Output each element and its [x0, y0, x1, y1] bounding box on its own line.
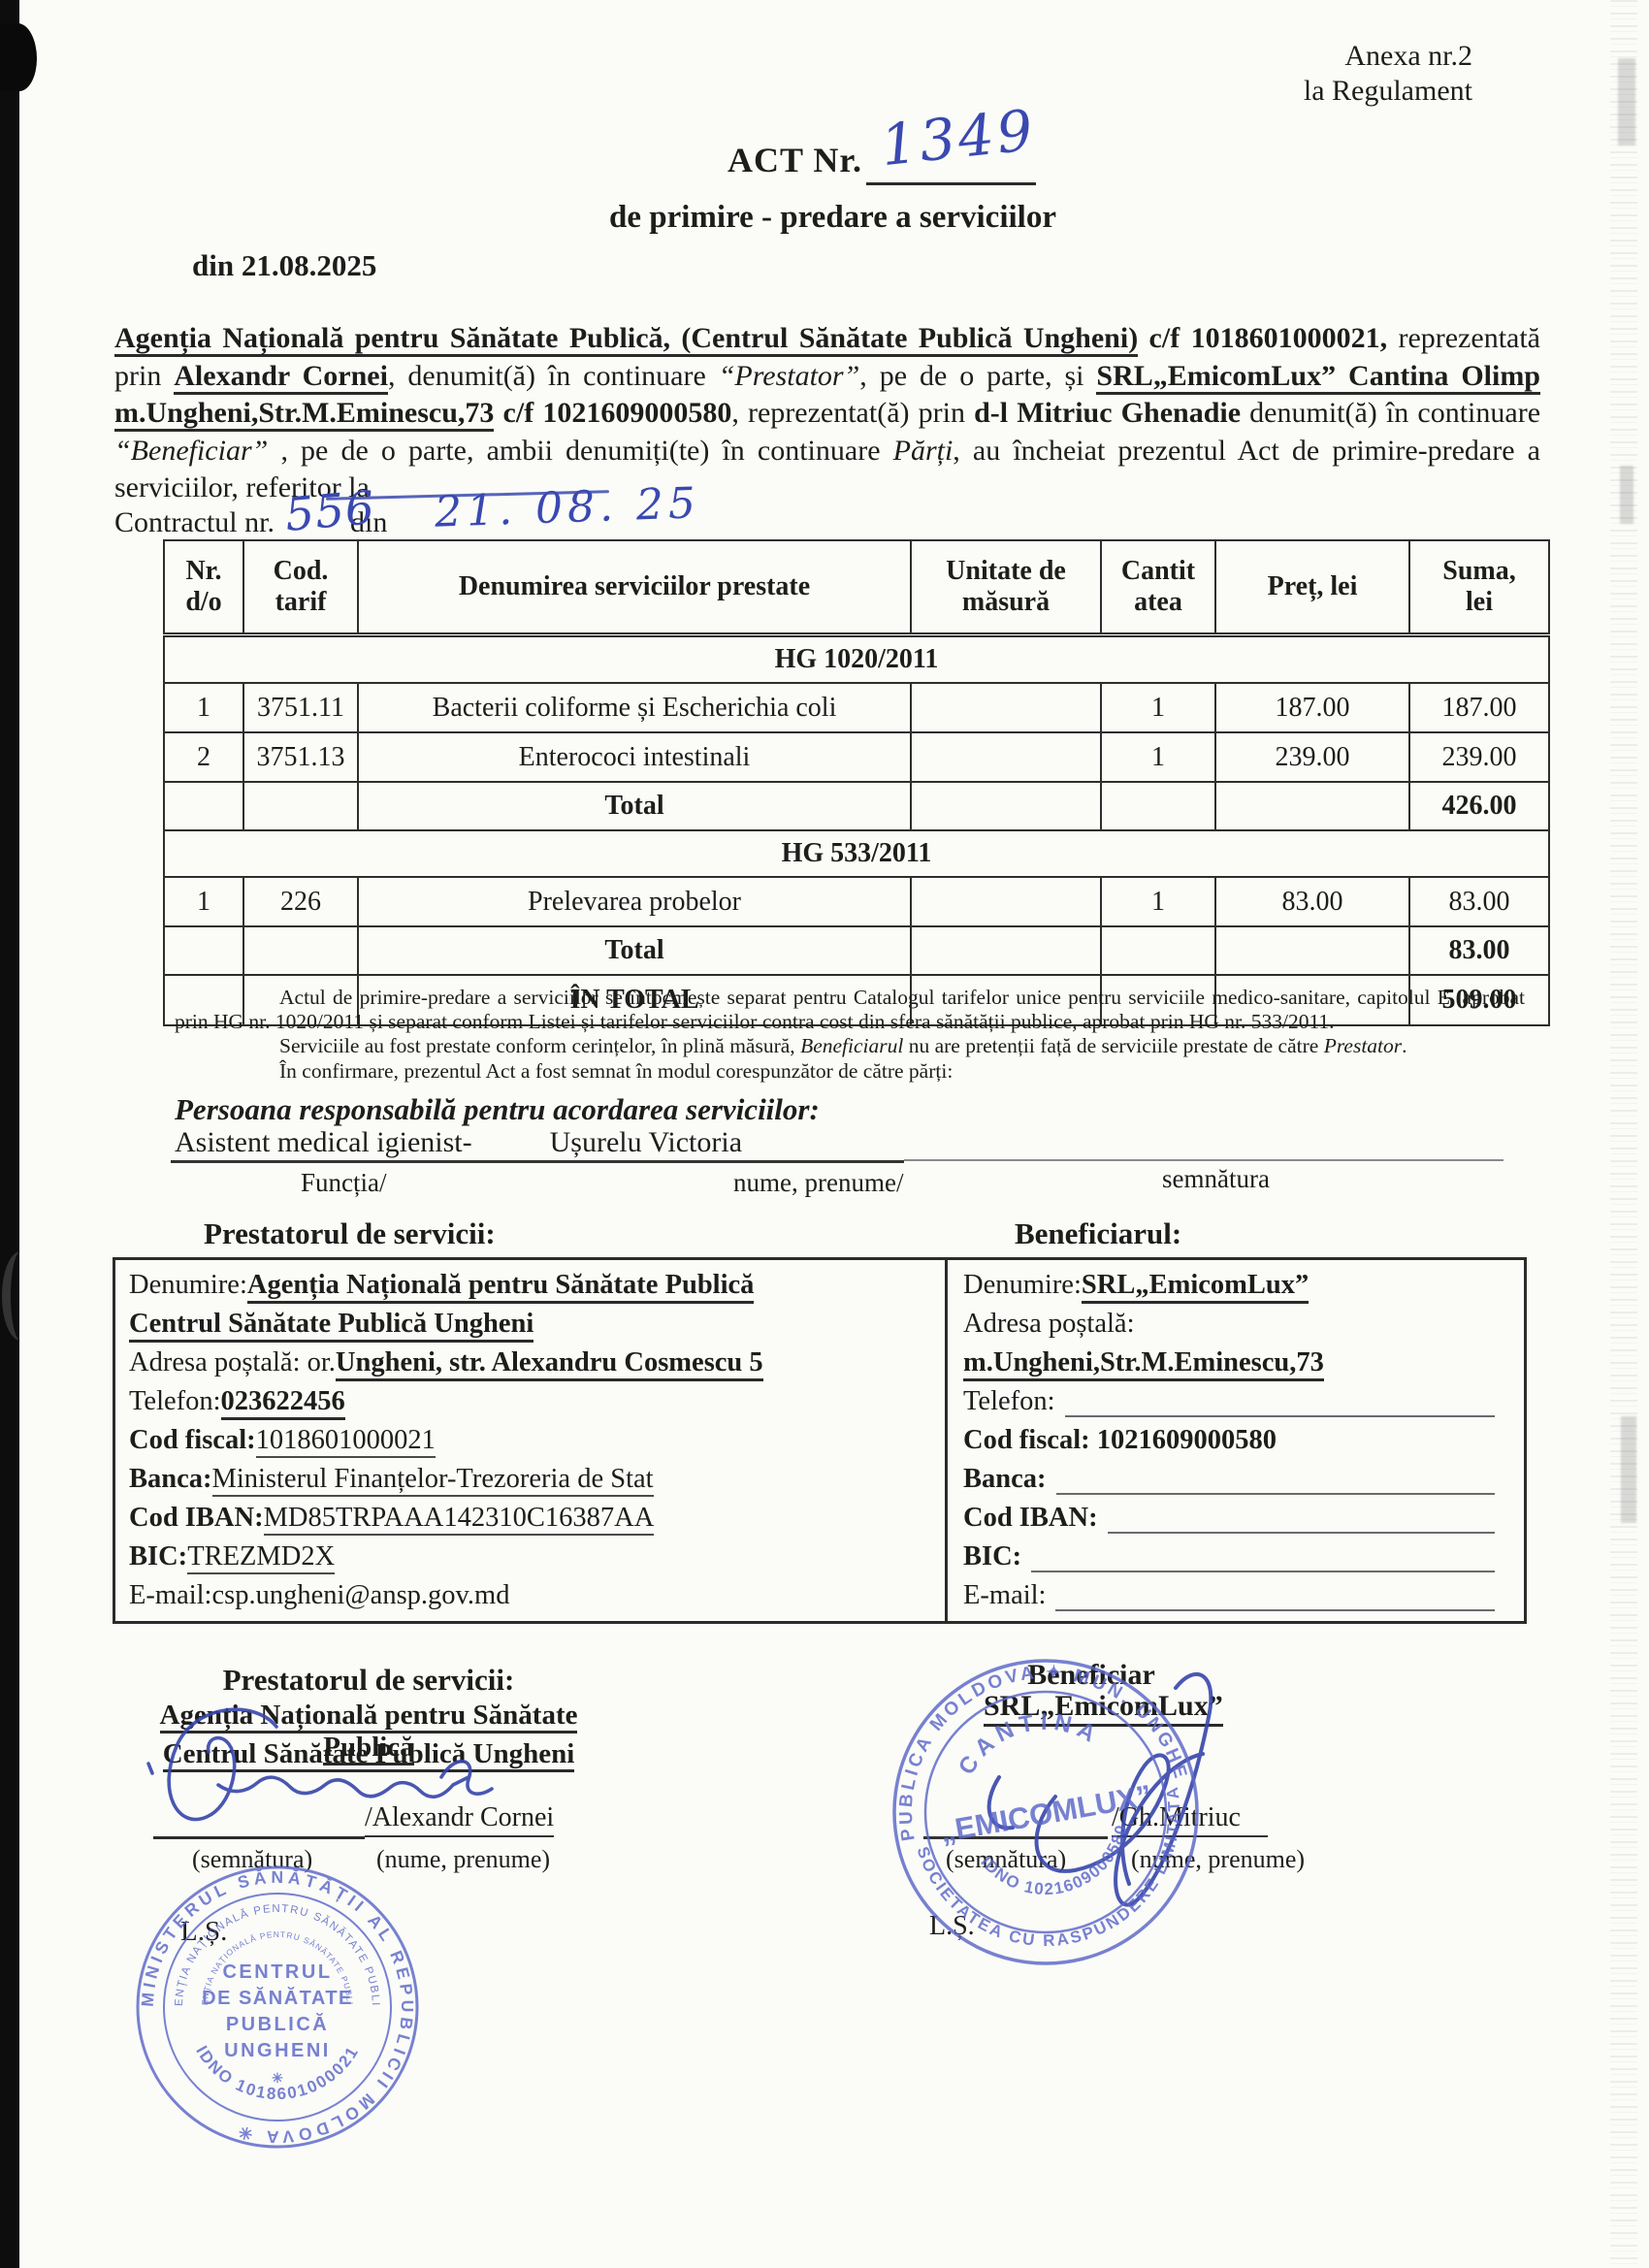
- text-run: Serviciile au fost prestate conform ceri…: [279, 1034, 800, 1057]
- field-label: Cod IBAN:: [129, 1503, 264, 1534]
- table-cell: Total: [358, 782, 911, 830]
- table-row: 2 3751.13 Enterococi intestinali 1 239.0…: [164, 732, 1549, 782]
- party-details-box: Denumire: Agenția Națională pentru Sănăt…: [113, 1257, 1527, 1624]
- act-title: ACT Nr.: [727, 140, 862, 180]
- contract-prefix: Contractul nr.: [114, 506, 275, 538]
- field-value: TREZMD2X: [187, 1541, 335, 1574]
- col-nr: Nr. d/o: [164, 540, 243, 635]
- field-value: SRL„EmicomLux”: [1082, 1270, 1309, 1304]
- detail-row: E-mail: csp.ungheni@ansp.gov.md: [129, 1580, 925, 1619]
- detail-row: Adresa poștală: or. Ungheni, str. Alexan…: [129, 1347, 925, 1386]
- term-parti: Părți: [893, 435, 954, 467]
- handwritten-contract-number: 556: [283, 481, 377, 542]
- detail-row: Centrul Sănătate Publică Ungheni: [129, 1309, 925, 1347]
- intro-paragraph: Agenția Națională pentru Sănătate Public…: [114, 320, 1540, 507]
- detail-row: BIC: TREZMD2X: [129, 1541, 925, 1580]
- beneficiary-round-stamp: REPUBLICA MOLDOVA ✦ MUN. UNGHENI SOCIETA…: [881, 1647, 1211, 1977]
- table-cell: [911, 683, 1101, 732]
- table-cell: [243, 926, 358, 975]
- section-row-hg1020: HG 1020/2011: [164, 635, 1549, 684]
- table-cell: [911, 732, 1101, 782]
- blank-line: [1065, 1386, 1495, 1417]
- table-cell: 187.00: [1409, 683, 1549, 732]
- section-row-hg533: HG 533/2011: [164, 830, 1549, 877]
- table-cell: [164, 926, 243, 975]
- provider-signature-title: Prestatorul de servicii:: [126, 1663, 611, 1698]
- col-cod-tarif: Cod. tarif: [243, 540, 358, 635]
- table-cell: 3751.13: [243, 732, 358, 782]
- detail-row: Denumire: Agenția Națională pentru Sănăt…: [129, 1270, 925, 1309]
- footnote-1: Actul de primire-predare a serviciilor s…: [175, 986, 1525, 1034]
- field-label: E-mail:: [963, 1580, 1046, 1611]
- responsible-role: Asistent medical igienist-: [175, 1126, 472, 1158]
- field-label: Banca:: [963, 1464, 1047, 1495]
- table-header-row: Nr. d/o Cod. tarif Denumirea serviciilor…: [164, 540, 1549, 635]
- responsible-name: Ușurelu Victoria: [550, 1126, 742, 1158]
- annex-line2: la Regulament: [1259, 74, 1472, 109]
- beneficiary-representative: d-l Mitriuc Ghenadie: [974, 397, 1241, 429]
- table-cell: [1101, 782, 1215, 830]
- provider-org-name: Agenția Națională pentru Sănătate Public…: [114, 322, 1138, 357]
- table-cell: 3751.11: [243, 683, 358, 732]
- provider-details: Denumire: Agenția Națională pentru Sănăt…: [115, 1260, 948, 1621]
- blank-line: [1056, 1464, 1496, 1495]
- table-row: 1 3751.11 Bacterii coliforme și Escheric…: [164, 683, 1549, 732]
- table-cell: [1215, 782, 1409, 830]
- responsible-line: Asistent medical igienist-Ușurelu Victor…: [175, 1126, 742, 1159]
- table-cell: 187.00: [1215, 683, 1409, 732]
- text-run: nu are pretenții față de serviciile pres…: [903, 1034, 1323, 1057]
- table-cell: 83.00: [1215, 877, 1409, 926]
- total-row-hg533: Total 83.00: [164, 926, 1549, 975]
- detail-row: Cod fiscal: 1018601000021: [129, 1425, 925, 1464]
- field-label: Denumire:: [963, 1270, 1082, 1301]
- detail-row: Cod IBAN:: [963, 1503, 1499, 1541]
- scan-noise-patch: [1620, 466, 1633, 524]
- text-run: , denumit(ă) în continuare: [388, 360, 719, 392]
- detail-row: Telefon: 023622456: [129, 1386, 925, 1425]
- signature-line: [904, 1159, 1503, 1161]
- label-semnatura: semnătura: [1162, 1164, 1270, 1194]
- table-cell: 426.00: [1409, 782, 1549, 830]
- text-run: , reprezentat(ă) prin: [731, 397, 974, 429]
- table-cell: Enterococi intestinali: [358, 732, 911, 782]
- term-beneficiarul: Beneficiarul: [800, 1034, 903, 1057]
- field-value: 023622456: [221, 1386, 345, 1420]
- annex-line1: Anexa nr.2: [1259, 39, 1472, 74]
- stamp-star: ✳: [272, 2070, 283, 2086]
- col-unitate: Unitate de măsură: [911, 540, 1101, 635]
- table-cell: [164, 782, 243, 830]
- scan-right-noise: [1610, 0, 1637, 2268]
- table-cell: 83.00: [1409, 877, 1549, 926]
- field-value: Centrul Sănătate Publică Ungheni: [129, 1309, 533, 1343]
- field-value: m.Ungheni,Str.M.Eminescu,73: [963, 1347, 1324, 1381]
- field-label: Denumire:: [129, 1270, 247, 1301]
- table-cell: Total: [358, 926, 911, 975]
- field-value: MD85TRPAAA142310C16387AA: [264, 1503, 655, 1536]
- field-value: Ungheni, str. Alexandru Cosmescu 5: [336, 1347, 763, 1381]
- field-label: E-mail:: [129, 1580, 211, 1611]
- services-table: Nr. d/o Cod. tarif Denumirea serviciilor…: [163, 539, 1550, 1026]
- responsible-underline: [171, 1160, 904, 1163]
- field-label: Cod IBAN:: [963, 1503, 1098, 1534]
- table-cell: 1: [164, 877, 243, 926]
- table-cell: Bacterii coliforme și Escherichia coli: [358, 683, 911, 732]
- detail-row: BIC:: [963, 1541, 1499, 1580]
- provider-fiscal-code: c/f 1018601000021,: [1138, 322, 1387, 354]
- text-run: .: [1402, 1034, 1406, 1057]
- term-prestator: “Prestator”: [719, 360, 860, 392]
- field-label: Banca:: [129, 1464, 212, 1495]
- field-value: Agenția Națională pentru Sănătate Public…: [247, 1270, 755, 1304]
- table-cell: [1215, 926, 1409, 975]
- stamp-center-line: CENTRUL: [222, 1961, 332, 1983]
- table-cell: 239.00: [1215, 732, 1409, 782]
- text-run: , pe de o parte, ambii denumiți(te) în c…: [268, 435, 892, 467]
- detail-row: E-mail:: [963, 1580, 1499, 1619]
- detail-row: m.Ungheni,Str.M.Eminescu,73: [963, 1347, 1499, 1386]
- field-label: BIC:: [129, 1541, 187, 1572]
- col-pret: Preț, lei: [1215, 540, 1409, 635]
- detail-row: Denumire: SRL„EmicomLux”: [963, 1270, 1499, 1309]
- provider-round-stamp: MINISTERUL SĂNĂTĂȚII AL REPUBLICII MOLDO…: [122, 1852, 433, 2162]
- field-value: csp.ungheni@ansp.gov.md: [211, 1580, 509, 1611]
- text-run: denumit(ă) în continuare: [1241, 397, 1540, 429]
- beneficiary-details: Denumire: SRL„EmicomLux” Adresa poștală:…: [948, 1260, 1524, 1621]
- detail-row: Telefon:: [963, 1386, 1499, 1425]
- text-run: , pe de o parte, și: [859, 360, 1096, 392]
- term-prestator: Prestator: [1324, 1034, 1402, 1057]
- blank-line: [1055, 1580, 1495, 1611]
- stamp-center-line: PUBLICĂ: [226, 2013, 329, 2035]
- field-label: Telefon:: [963, 1386, 1055, 1417]
- scan-noise-patch: [1621, 1416, 1636, 1523]
- act-subtitle: de primire - predare a serviciilor: [609, 200, 1056, 236]
- scan-noise-patch: [1618, 58, 1635, 146]
- provider-pen-signature: [131, 1700, 538, 1860]
- footnote-3: În confirmare, prezentul Act a fost semn…: [279, 1059, 953, 1084]
- field-label: Adresa poștală:: [963, 1309, 1134, 1340]
- detail-row: Adresa poștală:: [963, 1309, 1499, 1347]
- detail-row: Banca:: [963, 1464, 1499, 1503]
- field-label: Telefon:: [129, 1386, 221, 1417]
- total-row-hg1020: Total 426.00: [164, 782, 1549, 830]
- annex-note: Anexa nr.2 la Regulament: [1259, 39, 1472, 109]
- table-cell: 83.00: [1409, 926, 1549, 975]
- table-cell: 1: [1101, 732, 1215, 782]
- table-cell: 1: [164, 683, 243, 732]
- table-cell: Prelevarea probelor: [358, 877, 911, 926]
- label-functia: Funcția/: [301, 1168, 387, 1198]
- table-cell: [911, 926, 1101, 975]
- col-cantitate: Cantit atea: [1101, 540, 1215, 635]
- table-cell: 2: [164, 732, 243, 782]
- detail-row: Cod fiscal: 1021609000580: [963, 1425, 1499, 1464]
- blank-line: [1031, 1541, 1495, 1572]
- table-cell: 1: [1101, 683, 1215, 732]
- beneficiary-fiscal-code: c/f 1021609000580: [494, 397, 731, 429]
- field-label: Adresa poștală: or.: [129, 1347, 336, 1378]
- section-title: HG 533/2011: [164, 830, 1549, 877]
- section-title: HG 1020/2011: [164, 635, 1549, 684]
- handwritten-contract-date: 21. 08. 25: [434, 478, 701, 537]
- responsible-title: Persoana responsabilă pentru acordarea s…: [175, 1092, 820, 1127]
- col-suma: Suma, lei: [1409, 540, 1549, 635]
- table-cell: [911, 782, 1101, 830]
- col-denumire: Denumirea serviciilor prestate: [358, 540, 911, 635]
- act-date: din 21.08.2025: [192, 248, 376, 283]
- table-row: 1 226 Prelevarea probelor 1 83.00 83.00: [164, 877, 1549, 926]
- field-label: Cod fiscal:: [129, 1425, 256, 1456]
- act-number-line: [866, 182, 1036, 185]
- scanned-document-page: Anexa nr.2 la Regulament ACT Nr. 1349 de…: [0, 0, 1649, 2268]
- stamp-center-line: UNGHENI: [224, 2040, 331, 2061]
- detail-row: Cod IBAN: MD85TRPAAA142310C16387AA: [129, 1503, 925, 1541]
- scan-edge-strip: [0, 0, 19, 2268]
- term-beneficiar: “Beneficiar”: [114, 435, 268, 467]
- table-cell: 1: [1101, 877, 1215, 926]
- handwritten-act-number: 1349: [878, 97, 1039, 178]
- provider-representative: Alexandr Cornei: [174, 360, 388, 395]
- table-cell: [243, 782, 358, 830]
- detail-row: Banca: Ministerul Finanțelor-Trezoreria …: [129, 1464, 925, 1503]
- blank-line: [1108, 1503, 1495, 1534]
- label-nume-prenume: nume, prenume/: [733, 1168, 903, 1198]
- table-cell: 239.00: [1409, 732, 1549, 782]
- scan-blob: [0, 23, 37, 91]
- stamp-center-line: DE SĂNĂTATE: [202, 1987, 353, 2009]
- table-cell: [911, 877, 1101, 926]
- scan-paren-mark: [2, 1251, 40, 1341]
- field-value: Ministerul Finanțelor-Trezoreria de Stat: [212, 1464, 654, 1497]
- footnote-2: Serviciile au fost prestate conform ceri…: [279, 1034, 1407, 1058]
- table-cell: 226: [243, 877, 358, 926]
- field-value: Cod fiscal: 1021609000580: [963, 1425, 1277, 1456]
- field-label: BIC:: [963, 1541, 1021, 1572]
- beneficiary-box-title: Beneficiarul:: [1015, 1216, 1181, 1251]
- table-cell: [1101, 926, 1215, 975]
- field-value: 1018601000021: [256, 1425, 436, 1458]
- provider-box-title: Prestatorul de servicii:: [204, 1216, 496, 1251]
